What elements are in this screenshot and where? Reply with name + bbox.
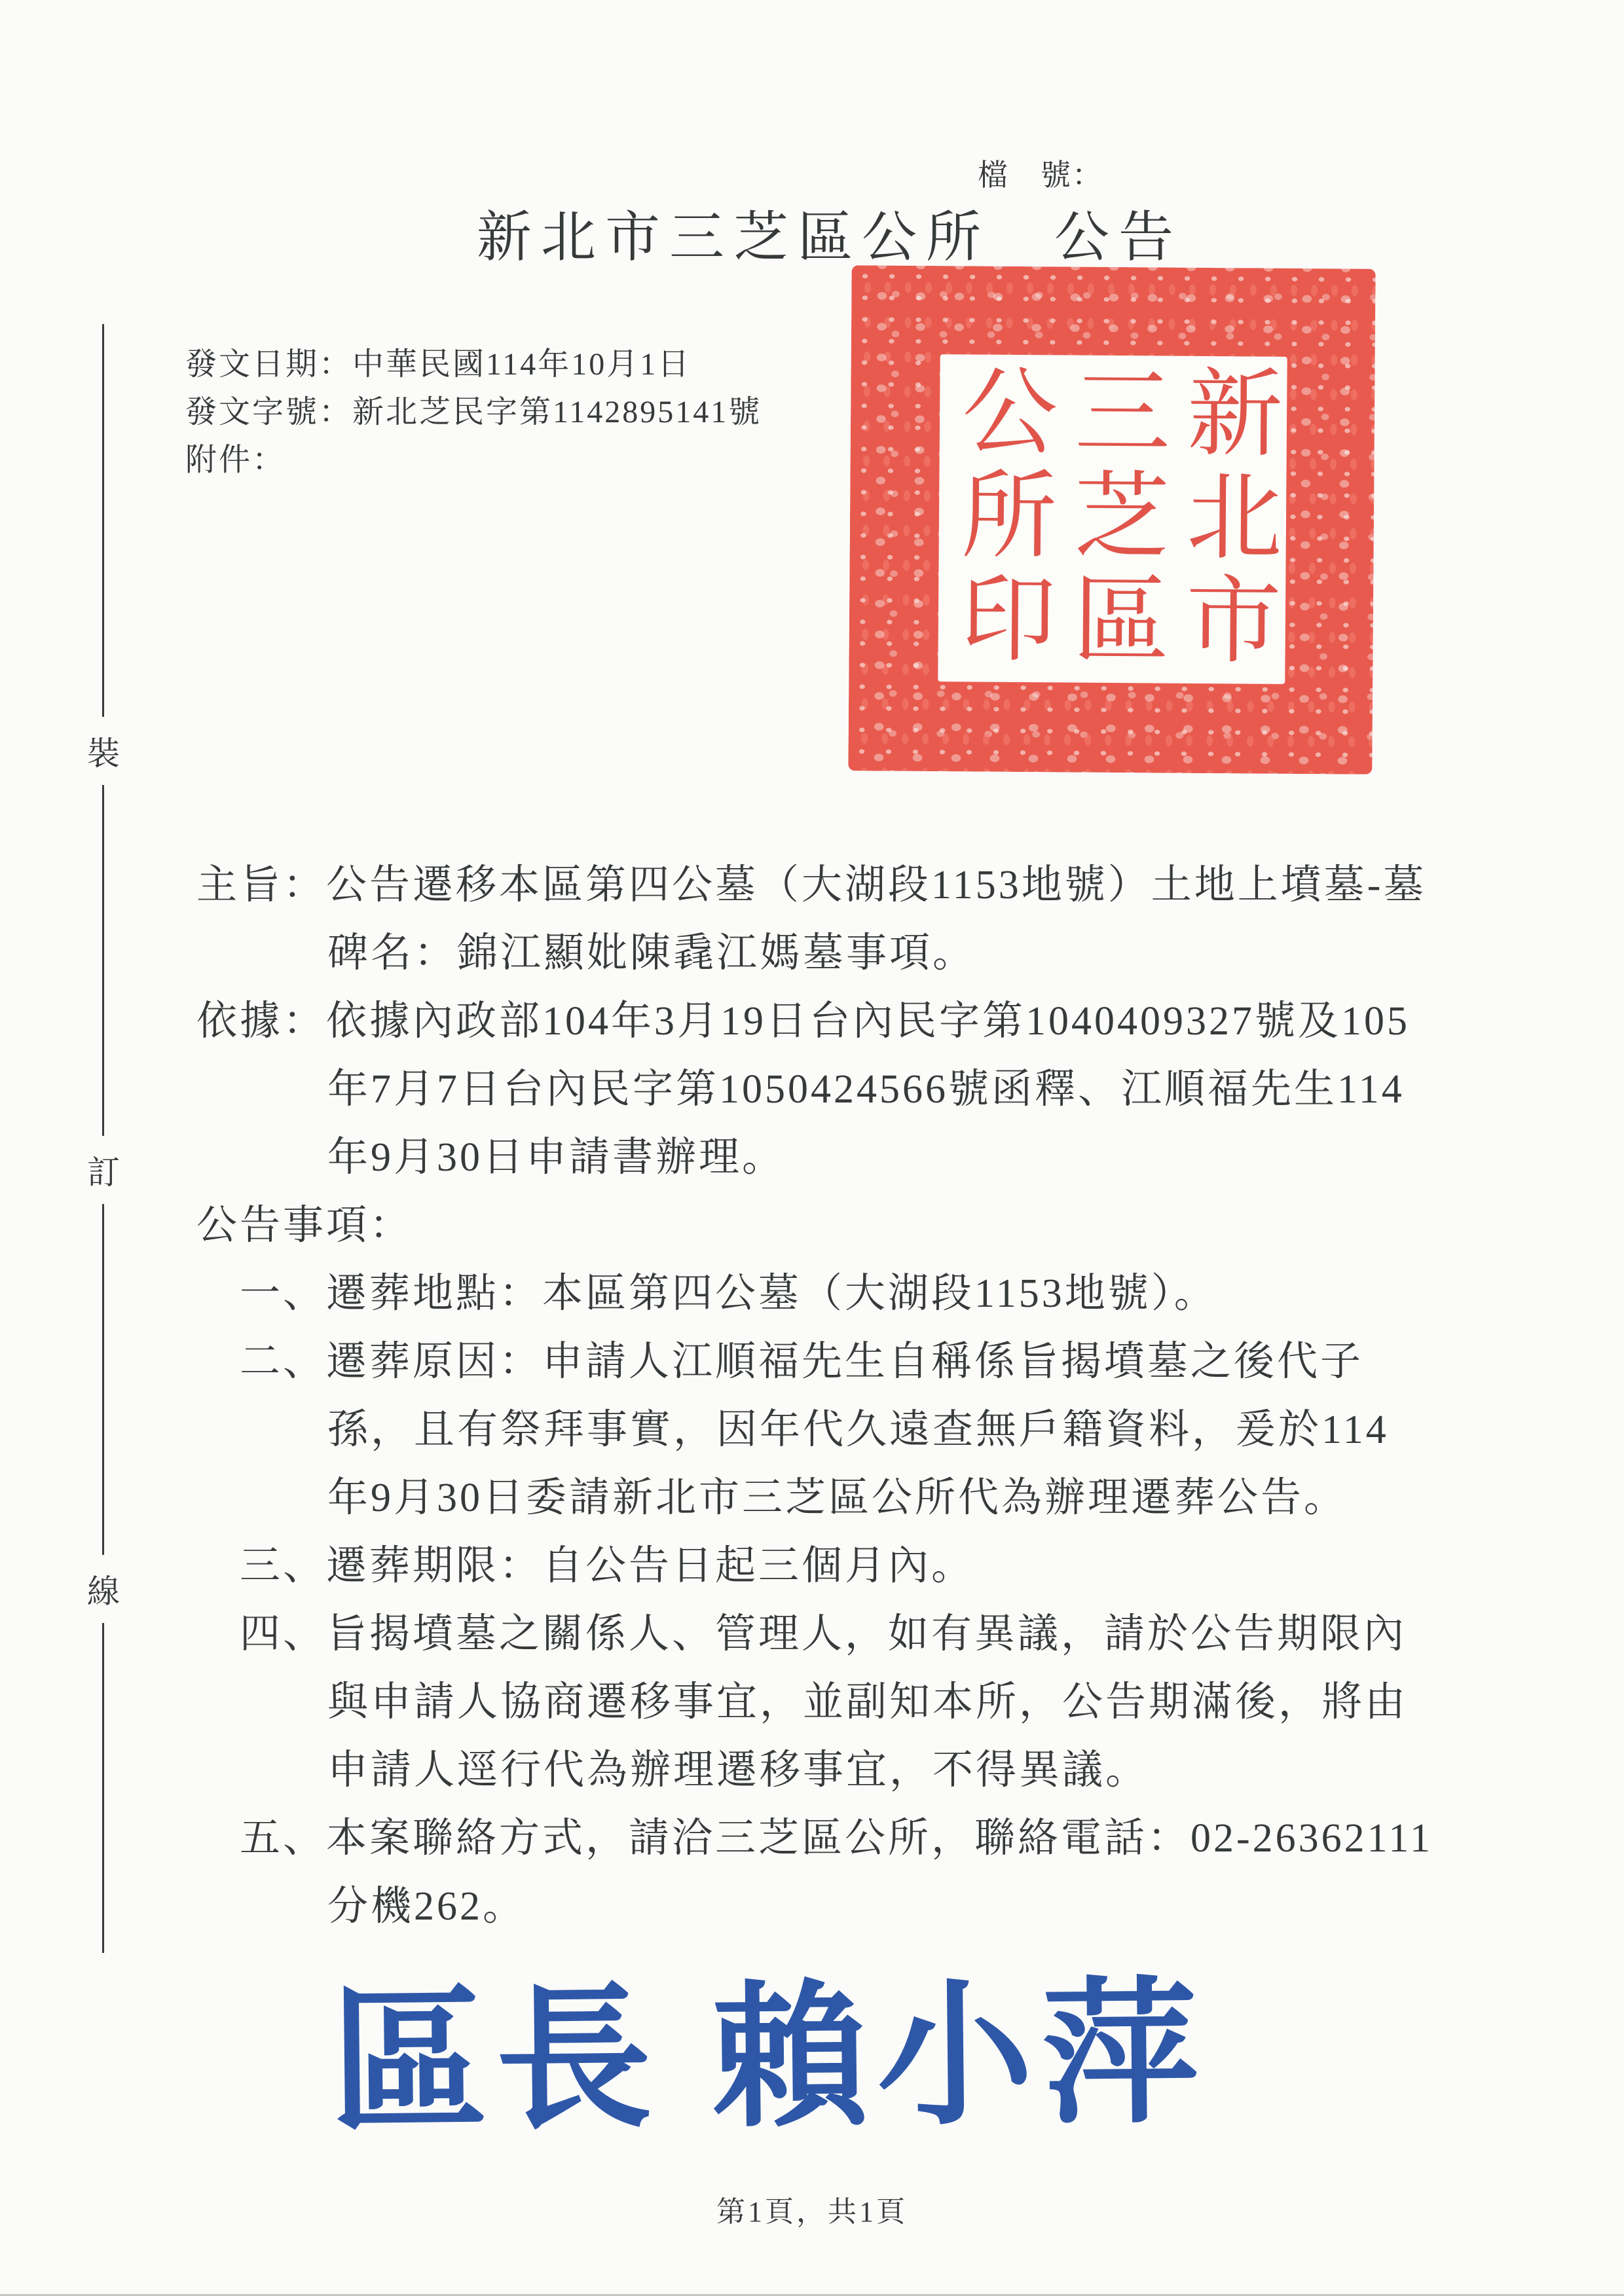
body-line: 公告事項： [0, 1192, 1624, 1260]
doc-number-line: 發文字號：新北芝民字第1142895141號 [185, 388, 762, 436]
body-line: 年9月30日申請書辦理。 [0, 1123, 1624, 1192]
body-line: 五、本案聯絡方式，請洽三芝區公所，聯絡電話：02-26362111 [0, 1804, 1624, 1872]
signature-gap [661, 2112, 712, 2113]
seal-column-right: 新北市 [1168, 363, 1282, 684]
announcement-body: 主旨：公告遷移本區第四公墓（大湖段1153地號）土地上墳墓-墓 碑名：錦江顯妣陳… [0, 851, 1624, 1941]
page-title: 新北市三芝區公所 公告 [477, 193, 1183, 272]
seal-column-middle: 三芝區 [1055, 361, 1170, 683]
official-seal-characters: 新北市 三芝區 公所印 [938, 354, 1287, 684]
body-line: 二、遷葬原因：申請人江順福先生自稱係旨揭墳墓之後代子 [0, 1328, 1624, 1396]
body-line: 四、旨揭墳墓之關係人、管理人，如有異議，請於公告期限內 [0, 1600, 1624, 1668]
body-line: 主旨：公告遷移本區第四公墓（大湖段1153地號）土地上墳墓-墓 [0, 851, 1624, 919]
signature-name: 賴小萍 [711, 1969, 1208, 2146]
signature-title: 區長 [330, 1975, 662, 2150]
document-meta: 發文日期：中華民國114年10月1日 發文字號：新北芝民字第1142895141… [185, 340, 762, 484]
body-line: 年9月30日委請新北市三芝區公所代為辦理遷葬公告。 [0, 1464, 1624, 1532]
body-line: 申請人逕行代為辦理遷移事宜，不得異議。 [0, 1736, 1624, 1804]
body-line: 與申請人協商遷移事宜，並副知本所，公告期滿後，將由 [0, 1668, 1624, 1736]
body-line: 分機262。 [0, 1872, 1624, 1941]
body-line: 孫，且有祭拜事實，因年代久遠查無戶籍資料，爰於114 [0, 1396, 1624, 1464]
mayor-signature-stamp: 區長賴小萍 [329, 1928, 1208, 2161]
scanned-announcement-page: { "document": { "archive_label": "檔 號：",… [0, 0, 1624, 2296]
body-line: 三、遷葬期限：自公告日起三個月內。 [0, 1532, 1624, 1600]
binding-mark-zhuang: 裝 [83, 717, 124, 785]
body-line: 依據：依據內政部104年3月19日台內民字第1040409327號及105 [0, 987, 1624, 1055]
official-seal-stamp: 新北市 三芝區 公所印 [848, 265, 1375, 774]
body-line: 一、遷葬地點：本區第四公墓（大湖段1153地號）。 [0, 1260, 1624, 1328]
body-line: 碑名：錦江顯妣陳毳江媽墓事項。 [0, 919, 1624, 987]
seal-column-left: 公所印 [942, 361, 1057, 682]
body-line: 年7月7日台內民字第1050424566號函釋、江順福先生114 [0, 1055, 1624, 1123]
attachment-line: 附件： [185, 436, 762, 484]
issue-date-line: 發文日期：中華民國114年10月1日 [185, 340, 762, 388]
page-number-footer: 第1頁，共1頁 [0, 2188, 1624, 2230]
